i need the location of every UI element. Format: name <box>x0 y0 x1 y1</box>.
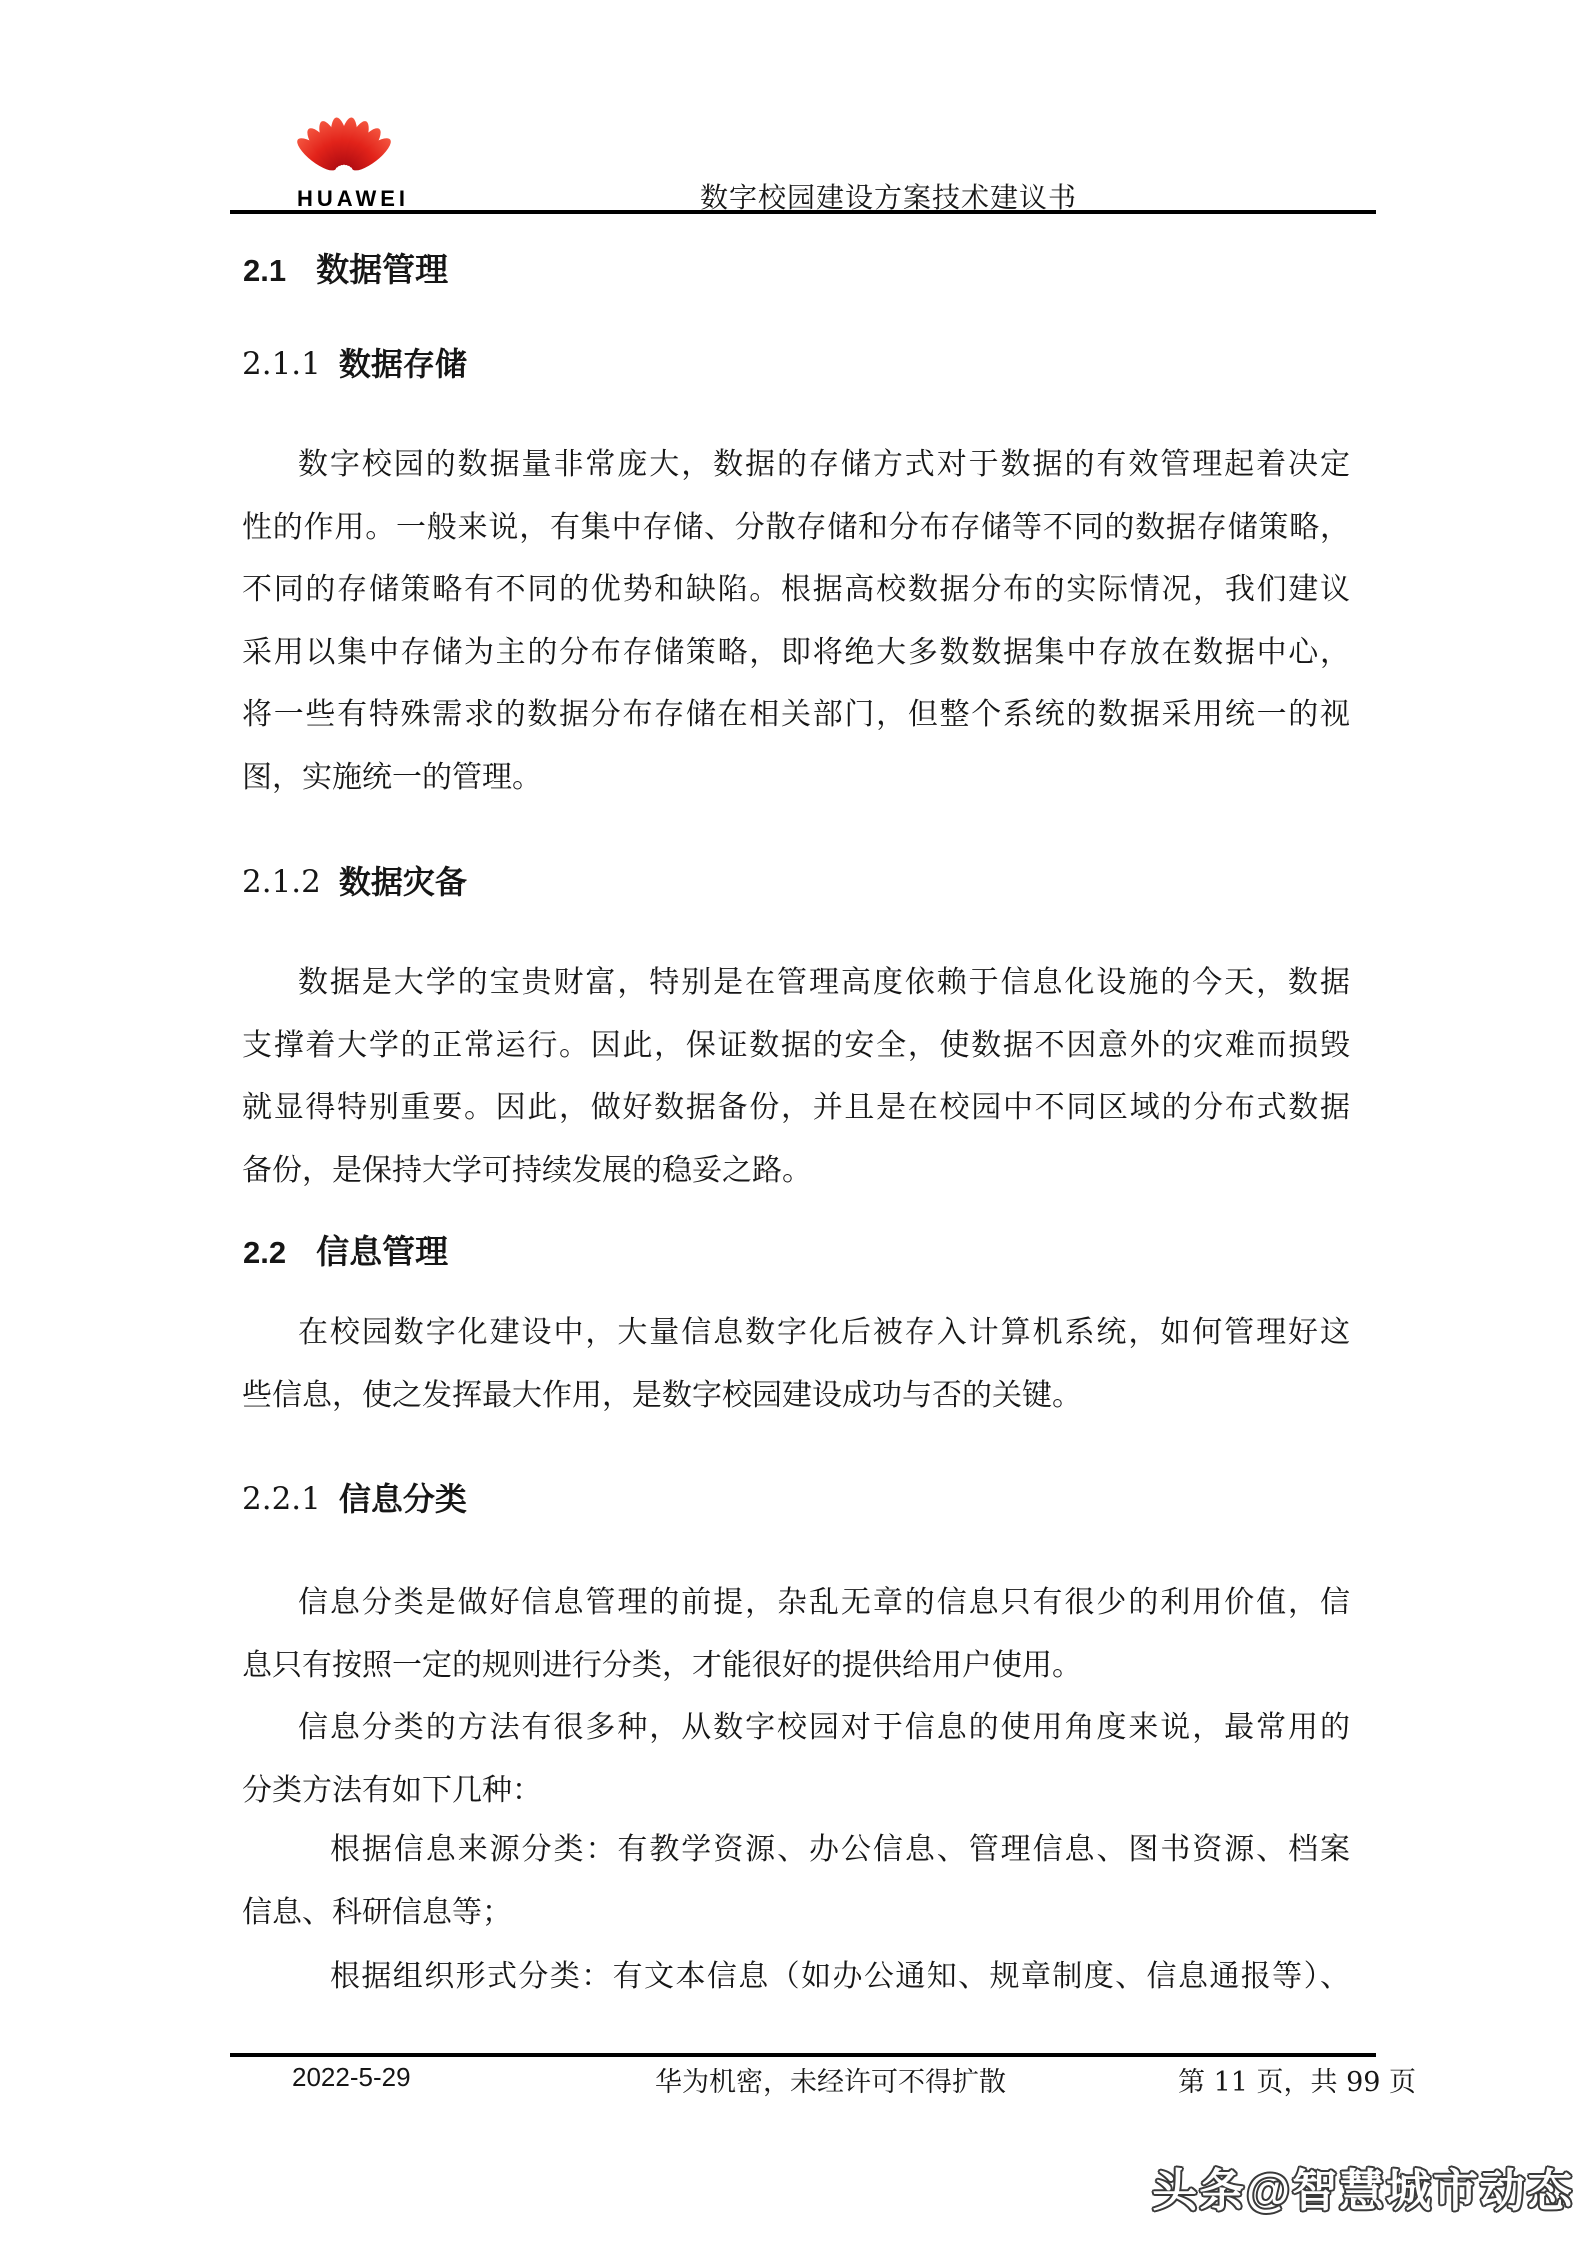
para-line: 在校园数字化建设中，大量信息数字化后被存入计算机系统，如何管理好这 <box>242 1302 1350 1365</box>
para-line: 信息分类的方法有很多种，从数字校园对于信息的使用角度来说，最常用的 <box>242 1697 1350 1760</box>
section-heading-2-1-1: 2.1.1 数据存储 <box>242 348 467 380</box>
footer-date: 2022-5-29 <box>292 2062 411 2093</box>
section-number: 2.2.1 <box>242 1484 321 1515</box>
footer-page-number: 第 11 页，共 99 页 <box>1178 2060 1416 2099</box>
section-heading-2-2-1: 2.2.1 信息分类 <box>242 1483 467 1515</box>
paragraph-class-intro: 信息分类是做好信息管理的前提，杂乱无章的信息只有很少的利用价值，信 息只有按照一… <box>242 1572 1350 1697</box>
para-line: 采用以集中存储为主的分布存储策略，即将绝大多数数据集中存放在数据中心， <box>242 622 1350 685</box>
para-line: 就显得特别重要。因此，做好数据备份，并且是在校园中不同区域的分布式数据 <box>242 1077 1350 1140</box>
para-line: 根据信息来源分类：有教学资源、办公信息、管理信息、图书资源、档案 <box>242 1819 1350 1882</box>
section-title: 数据灾备 <box>339 866 467 898</box>
para-line: 备份，是保持大学可持续发展的稳妥之路。 <box>242 1140 1350 1203</box>
toutiao-watermark: 头条@智慧城市动态 <box>1152 2154 1574 2219</box>
section-number: 2.1.1 <box>242 349 321 380</box>
section-title: 数据存储 <box>339 348 467 380</box>
document-page: HUAWEI 数字校园建设方案技术建议书 2.1 数据管理 2.1.1 数据存储… <box>0 0 1586 2244</box>
para-line: 性的作用。一般来说，有集中存储、分散存储和分布存储等不同的数据存储策略， <box>242 497 1350 560</box>
para-line: 图，实施统一的管理。 <box>242 747 1350 810</box>
footer-divider <box>230 2053 1376 2057</box>
huawei-flower-logo-icon <box>296 104 392 184</box>
paragraph-data-dr: 数据是大学的宝贵财富，特别是在管理高度依赖于信息化设施的今天，数据 支撑着大学的… <box>242 952 1350 1202</box>
section-number: 2.2 <box>243 1237 286 1268</box>
para-line: 息只有按照一定的规则进行分类，才能很好的提供给用户使用。 <box>242 1635 1350 1698</box>
paragraph-info-intro: 在校园数字化建设中，大量信息数字化后被存入计算机系统，如何管理好这 些信息，使之… <box>242 1302 1350 1427</box>
huawei-brand-text: HUAWEI <box>297 186 409 212</box>
footer-confidential-notice: 华为机密，未经许可不得扩散 <box>655 2060 1006 2099</box>
para-line: 根据组织形式分类：有文本信息（如办公通知、规章制度、信息通报等）、 <box>242 1946 1350 2009</box>
paragraph-data-storage: 数字校园的数据量非常庞大，数据的存储方式对于数据的有效管理起着决定 性的作用。一… <box>242 434 1350 809</box>
para-line: 不同的存储策略有不同的优势和缺陷。根据高校数据分布的实际情况，我们建议 <box>242 559 1350 622</box>
header-divider <box>230 210 1376 214</box>
section-title: 数据管理 <box>316 253 448 286</box>
section-title: 信息管理 <box>316 1235 448 1268</box>
para-line: 数据是大学的宝贵财富，特别是在管理高度依赖于信息化设施的今天，数据 <box>242 952 1350 1015</box>
para-line: 支撑着大学的正常运行。因此，保证数据的安全，使数据不因意外的灾难而损毁 <box>242 1015 1350 1078</box>
para-line: 数字校园的数据量非常庞大，数据的存储方式对于数据的有效管理起着决定 <box>242 434 1350 497</box>
para-line: 些信息，使之发挥最大作用，是数字校园建设成功与否的关键。 <box>242 1365 1350 1428</box>
paragraph-class-methods: 信息分类的方法有很多种，从数字校园对于信息的使用角度来说，最常用的 分类方法有如… <box>242 1697 1350 1822</box>
section-heading-2-2: 2.2 信息管理 <box>243 1235 448 1268</box>
section-heading-2-1: 2.1 数据管理 <box>243 253 448 286</box>
para-line: 信息、科研信息等； <box>242 1882 1350 1945</box>
paragraph-class-form: 根据组织形式分类：有文本信息（如办公通知、规章制度、信息通报等）、 <box>242 1946 1350 2009</box>
para-line: 将一些有特殊需求的数据分布存储在相关部门，但整个系统的数据采用统一的视 <box>242 684 1350 747</box>
para-line: 分类方法有如下几种： <box>242 1760 1350 1823</box>
section-number: 2.1 <box>243 255 286 286</box>
para-line: 信息分类是做好信息管理的前提，杂乱无章的信息只有很少的利用价值，信 <box>242 1572 1350 1635</box>
section-number: 2.1.2 <box>242 867 321 898</box>
section-title: 信息分类 <box>339 1483 467 1515</box>
paragraph-class-source: 根据信息来源分类：有教学资源、办公信息、管理信息、图书资源、档案 信息、科研信息… <box>242 1819 1350 1944</box>
section-heading-2-1-2: 2.1.2 数据灾备 <box>242 866 467 898</box>
